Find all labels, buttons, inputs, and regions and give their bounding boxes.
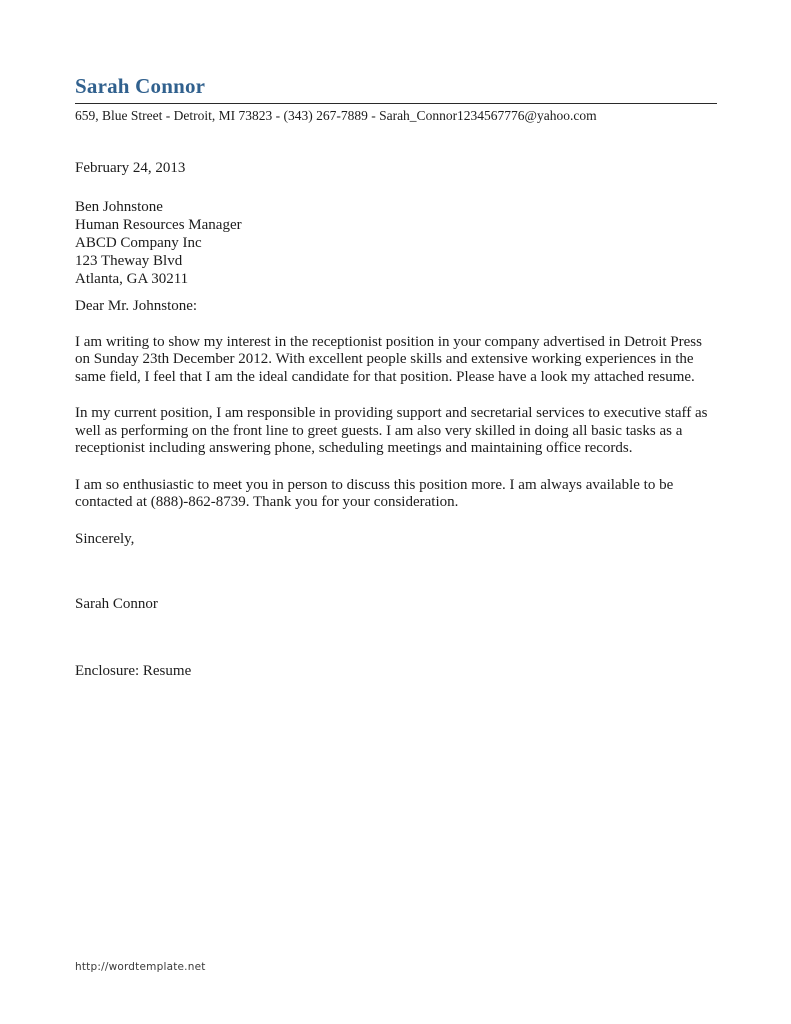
salutation: Dear Mr. Johnstone: bbox=[75, 297, 717, 315]
footer-template-url: http://wordtemplate.net bbox=[75, 961, 206, 973]
letterhead-divider bbox=[75, 103, 717, 104]
signature-name: Sarah Connor bbox=[75, 596, 717, 614]
letter-page: Sarah Connor 659, Blue Street - Detroit,… bbox=[0, 0, 791, 1024]
recipient-address-block: Ben Johnstone Human Resources Manager AB… bbox=[75, 198, 717, 288]
closing-salutation: Sincerely, bbox=[75, 531, 717, 549]
letter-content: Sarah Connor 659, Blue Street - Detroit,… bbox=[0, 0, 791, 680]
recipient-street: 123 Theway Blvd bbox=[75, 252, 717, 270]
body-paragraph-2: In my current position, I am responsible… bbox=[75, 405, 717, 458]
enclosure-note: Enclosure: Resume bbox=[75, 663, 717, 681]
recipient-company: ABCD Company Inc bbox=[75, 234, 717, 252]
recipient-city: Atlanta, GA 30211 bbox=[75, 270, 717, 288]
letterhead-name: Sarah Connor bbox=[75, 74, 717, 98]
body-paragraph-3: I am so enthusiastic to meet you in pers… bbox=[75, 477, 717, 512]
letter-date: February 24, 2013 bbox=[75, 160, 717, 178]
recipient-title: Human Resources Manager bbox=[75, 216, 717, 234]
recipient-name: Ben Johnstone bbox=[75, 198, 717, 216]
letterhead-contact-line: 659, Blue Street - Detroit, MI 73823 - (… bbox=[75, 107, 717, 124]
body-paragraph-1: I am writing to show my interest in the … bbox=[75, 334, 717, 387]
